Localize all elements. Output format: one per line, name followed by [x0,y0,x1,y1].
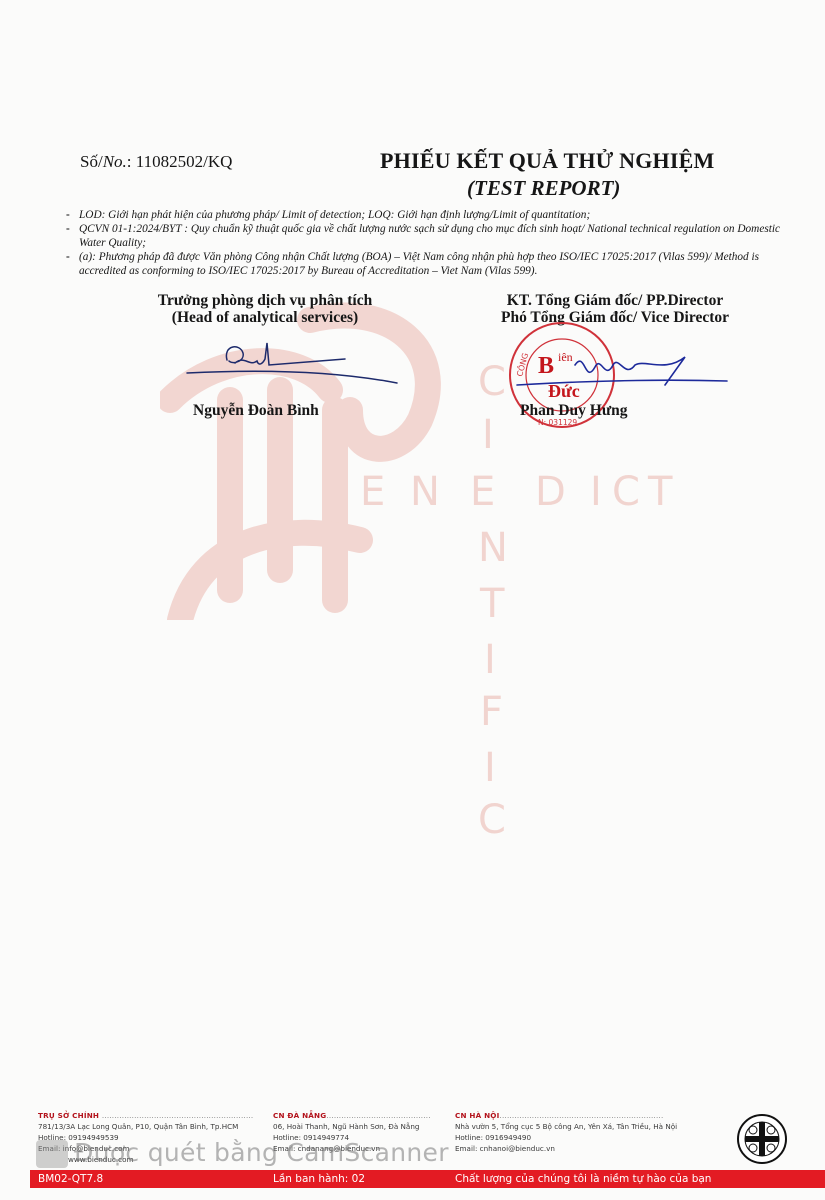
footer-bar: BM02-QT7.8 Lần ban hành: 02 Chất lượng c… [30,1170,825,1188]
issue-number: Lần ban hành: 02 [273,1170,365,1188]
signature-mark-right [515,345,730,395]
camscanner-watermark: Được quét bằng CamScanner [74,1138,449,1167]
document-number: Số/No.: 11082502/KQ [80,152,232,172]
signature-mark-left [185,335,400,390]
note-item: LOD: Giới hạn phát hiện của phương pháp/… [64,208,784,222]
notes-list: LOD: Giới hạn phát hiện của phương pháp/… [64,208,784,278]
footer-hanoi-email[interactable]: Email: cnhanoi@bienduc.vn [455,1143,715,1154]
slogan: Chất lượng của chúng tôi là niềm tự hào … [455,1170,711,1188]
footer-hanoi-branch: CN HÀ NỘI...............................… [455,1110,715,1154]
page-subtitle: (TEST REPORT) [467,176,620,201]
note-item: QCVN 01-1:2024/BYT : Quy chuẩn kỹ thuật … [64,222,784,250]
signer-name-left: Nguyễn Đoàn Bình [193,402,319,420]
signer-name-right: Phan Duy Hưng [520,402,628,420]
camscanner-logo-icon [36,1140,68,1168]
note-item: (a): Phương pháp đã được Văn phòng Công … [64,250,784,278]
signature-block-left: Trưởng phòng dịch vụ phân tích (Head of … [130,292,400,326]
page-title: PHIẾU KẾT QUẢ THỬ NGHIỆM [380,148,714,174]
form-code: BM02-QT7.8 [38,1170,103,1188]
st-benedict-medal-logo [736,1113,788,1165]
